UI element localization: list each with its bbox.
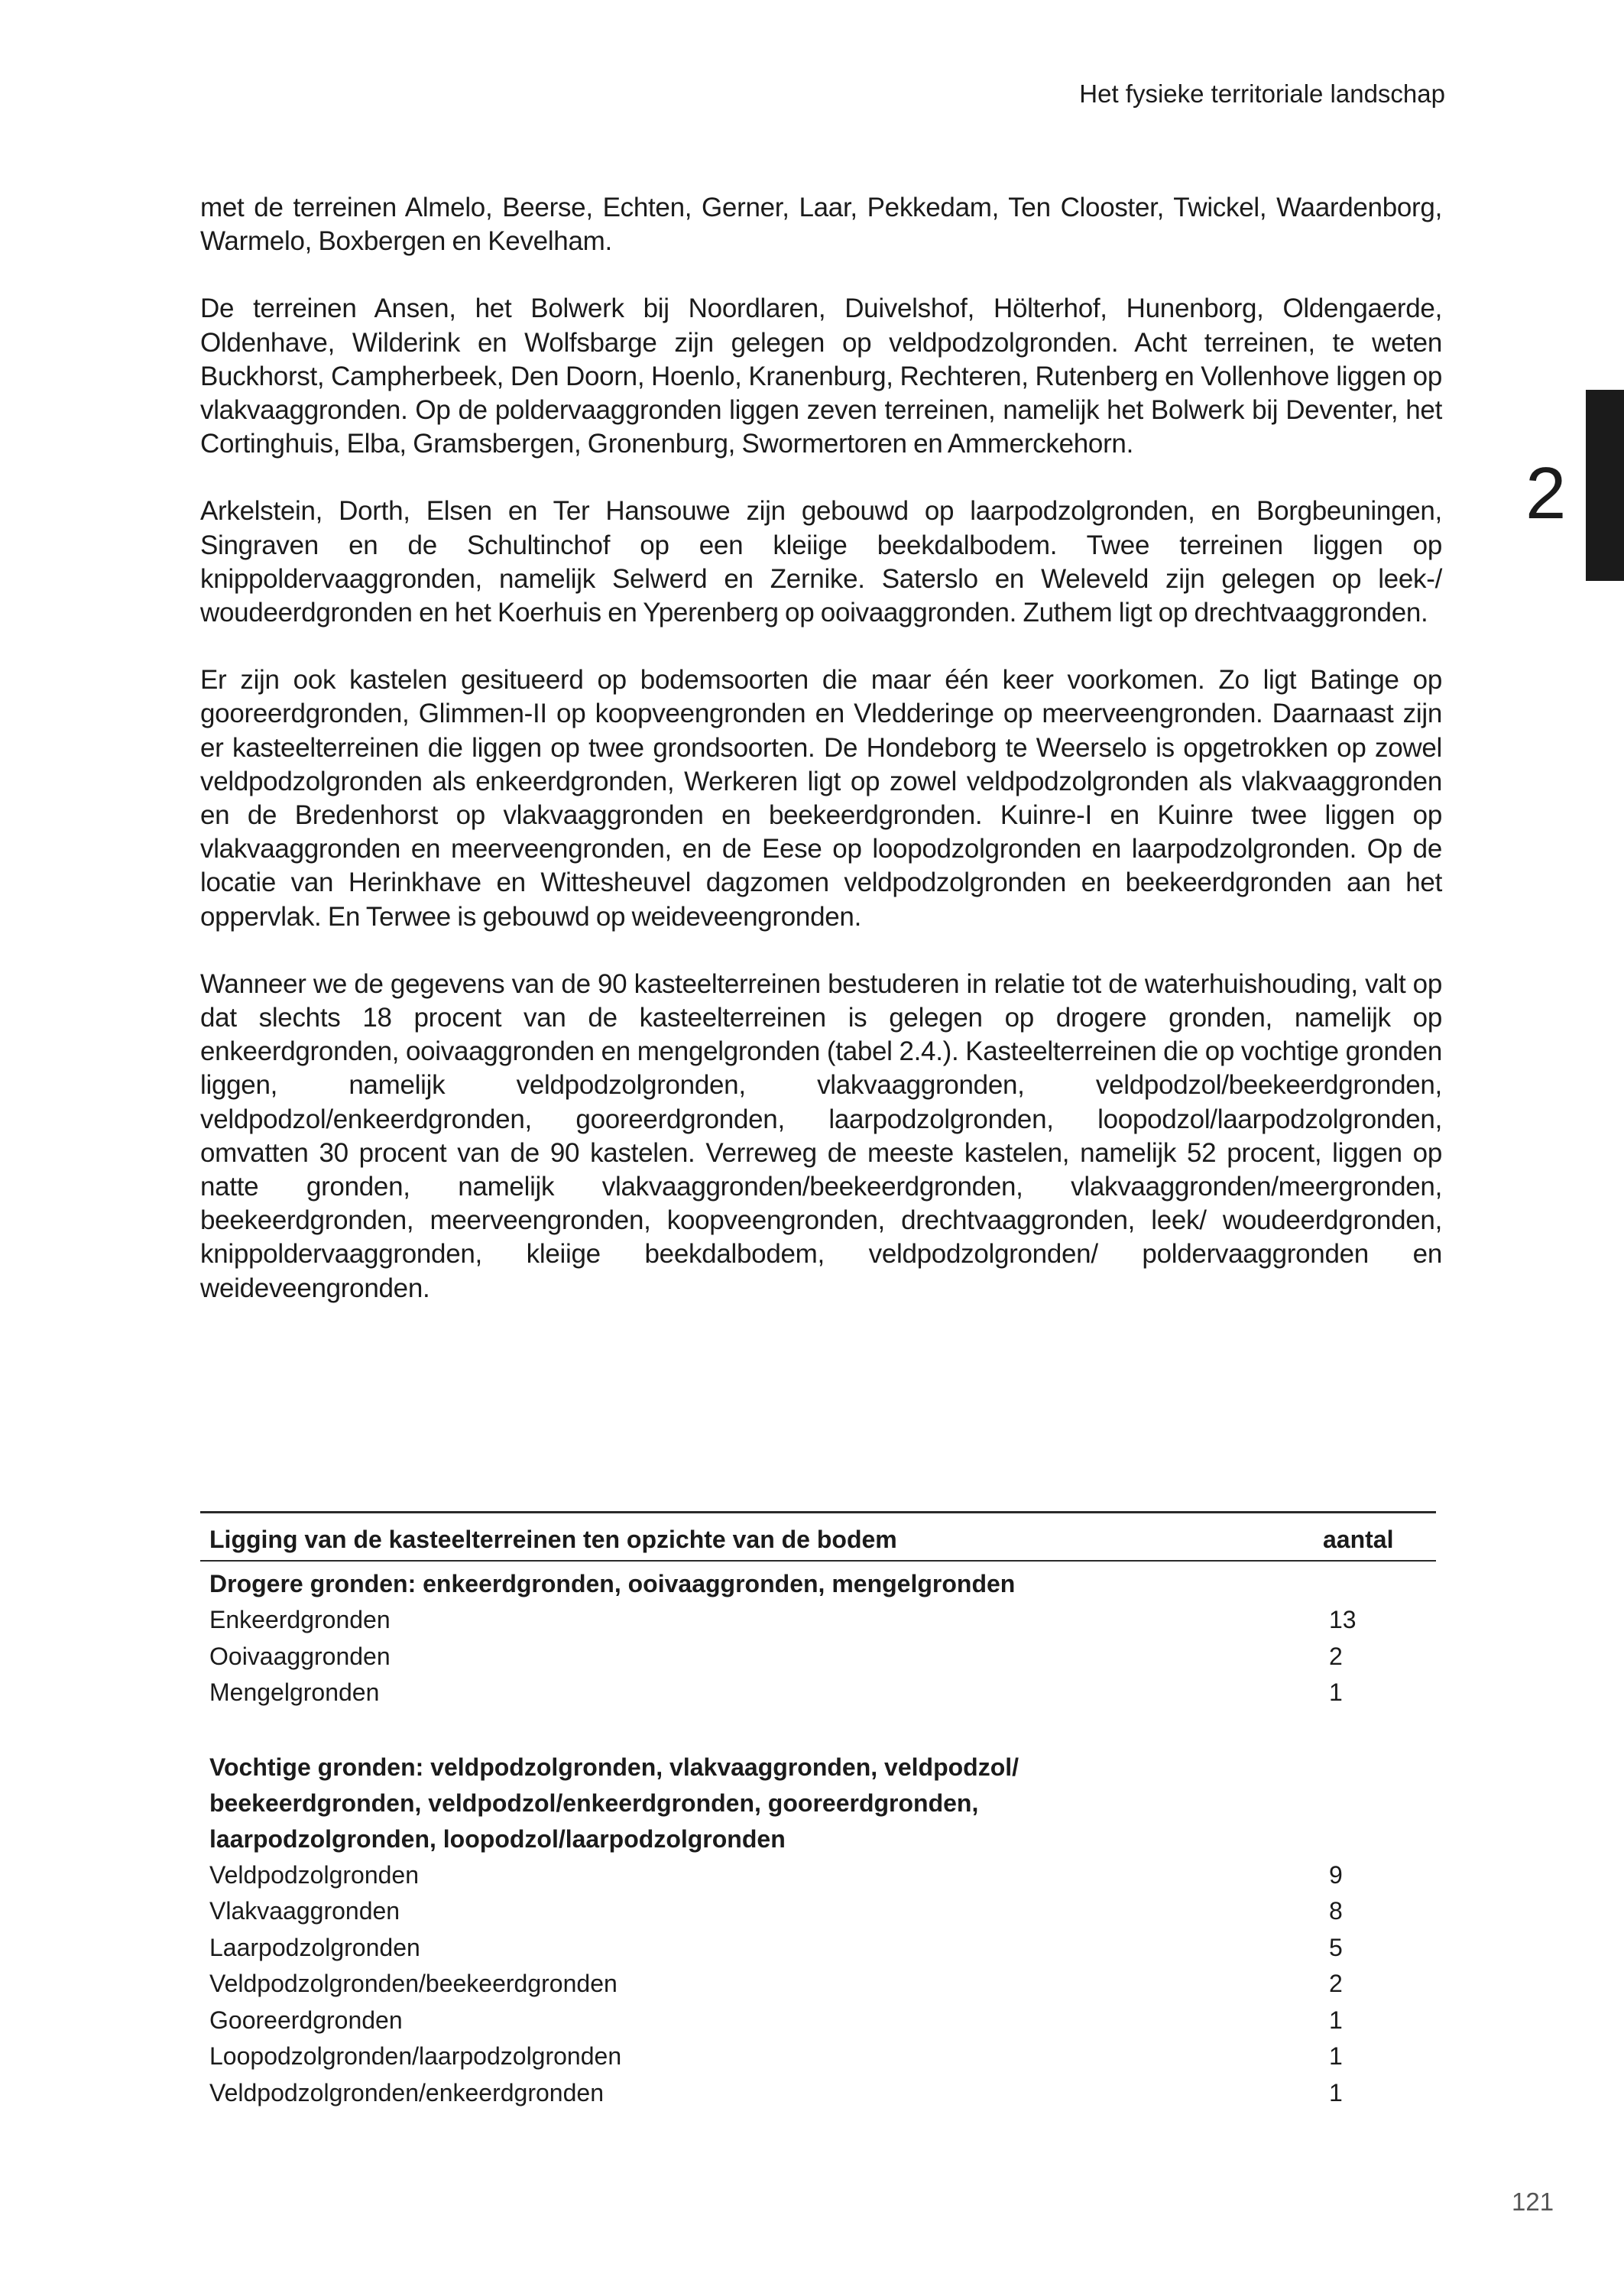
group-title: Vochtige gronden: veldpodzolgronden, vla… [200,1745,1126,1857]
row-label: Ooivaaggronden [209,1639,1329,1675]
row-label: Enkeerdgronden [209,1602,1329,1639]
table-row: Gooreerdgronden 1 [200,2003,1436,2039]
body-text: met de terreinen Almelo, Beerse, Echten,… [200,191,1442,1339]
table-row: Laarpodzolgronden 5 [200,1930,1436,1967]
row-label: Veldpodzolgronden/beekeerdgronden [209,1966,1329,2003]
column-header-count: aantal [1323,1525,1430,1554]
row-label: Laarpodzolgronden [209,1930,1329,1967]
table-group-moist: Vochtige gronden: veldpodzolgronden, vla… [200,1745,1436,2112]
row-label: Gooreerdgronden [209,2003,1329,2039]
group-spacer [200,1711,1436,1745]
paragraph: met de terreinen Almelo, Beerse, Echten,… [200,191,1442,258]
row-count: 2 [1329,1639,1436,1675]
chapter-tab-marker [1586,390,1624,581]
table-row: Enkeerdgronden 13 [200,1602,1436,1639]
row-count: 13 [1329,1602,1436,1639]
row-label: Loopodzolgronden/laarpodzolgronden [209,2038,1329,2075]
table-row: Mengelgronden 1 [200,1675,1436,1711]
table-row: Loopodzolgronden/laarpodzolgronden 1 [200,2038,1436,2075]
row-count: 1 [1329,1675,1436,1711]
soil-table: Ligging van de kasteelterreinen ten opzi… [200,1511,1436,2111]
row-label: Veldpodzolgronden/enkeerdgronden [209,2075,1329,2112]
row-count: 1 [1329,2038,1436,2075]
row-count: 1 [1329,2003,1436,2039]
chapter-number: 2 [1525,457,1566,530]
paragraph: Wanneer we de gegevens van de 90 kasteel… [200,968,1442,1305]
row-label: Vlakvaaggronden [209,1893,1329,1930]
row-count: 8 [1329,1893,1436,1930]
paragraph: De terreinen Ansen, het Bolwerk bij Noor… [200,292,1442,461]
row-label: Mengelgronden [209,1675,1329,1711]
row-label: Veldpodzolgronden [209,1857,1329,1894]
table-row: Veldpodzolgronden/beekeerdgronden 2 [200,1966,1436,2003]
row-count: 2 [1329,1966,1436,2003]
table-row: Ooivaaggronden 2 [200,1639,1436,1675]
row-count: 9 [1329,1857,1436,1894]
table-header: Ligging van de kasteelterreinen ten opzi… [200,1513,1436,1562]
column-header-description: Ligging van de kasteelterreinen ten opzi… [209,1525,897,1554]
row-count: 5 [1329,1930,1436,1967]
running-header: Het fysieke territoriale landschap [1079,79,1445,109]
paragraph: Er zijn ook kastelen gesitueerd op bodem… [200,663,1442,934]
page-number: 121 [1512,2188,1554,2217]
table-row: Vlakvaaggronden 8 [200,1893,1436,1930]
table-row: Veldpodzolgronden 9 [200,1857,1436,1894]
table-group-dry: Drogere gronden: enkeerdgronden, ooivaag… [200,1562,1436,1711]
row-count: 1 [1329,2075,1436,2112]
paragraph: Arkelstein, Dorth, Elsen en Ter Hansouwe… [200,495,1442,630]
group-title: Drogere gronden: enkeerdgronden, ooivaag… [200,1562,1126,1602]
table-row: Veldpodzolgronden/enkeerdgronden 1 [200,2075,1436,2112]
